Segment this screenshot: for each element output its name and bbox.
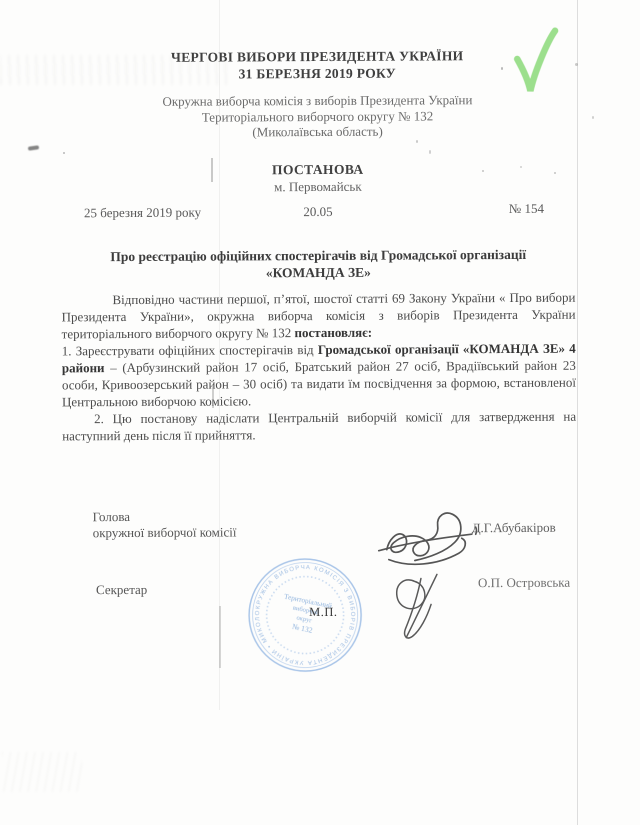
subject-heading: Про реєстрацію офіційних спостерігачів в… — [61, 246, 575, 283]
document-place: м. Первомайськ — [61, 178, 575, 197]
scan-edge-line — [577, 0, 578, 825]
subject-line2: «КОМАНДА ЗЕ» — [61, 263, 575, 283]
chairman-name: Д.Г.Абубакіров — [472, 520, 556, 536]
scan-speck — [520, 166, 522, 168]
scan-speck — [501, 67, 503, 70]
scan-speck — [416, 140, 418, 143]
commission-name: Окружна виборча комісія з виборів Презид… — [60, 92, 574, 141]
chairman-title-line1: Голова — [93, 508, 237, 524]
item1-pre-text: 1. Зареєструвати офіційних спостерігачів… — [62, 342, 318, 358]
commission-line3: (Миколаївська область) — [61, 123, 575, 141]
scan-speck — [482, 170, 484, 172]
resolves-word: постановляє: — [294, 325, 372, 340]
scan-crease-mark — [212, 386, 214, 408]
item1-post-text: – (Арбузинский район 17 осіб, Братський … — [62, 358, 576, 410]
scanned-document-page: ЧЕРГОВІ ВИБОРИ ПРЕЗИДЕНТА УКРАЇНИ 31 БЕР… — [0, 0, 640, 825]
official-round-stamp: ОКРУЖНА ВИБОРЧА КОМІСІЯ З ВИБОРІВ ПРЕЗИД… — [246, 556, 365, 675]
paragraph-legal-basis: Відповідно частини першої, п’ятої, шосто… — [61, 289, 575, 343]
scan-noise — [2, 752, 82, 792]
scan-speck — [429, 150, 431, 154]
scan-speck — [575, 63, 578, 66]
chairman-signature — [375, 505, 480, 576]
document-time: 20.05 — [61, 203, 575, 222]
document-number: № 154 — [509, 201, 544, 217]
resolution-body: Відповідно частини першої, п’ятої, шосто… — [61, 289, 576, 445]
document-type-title: ПОСТАНОВА — [61, 161, 575, 180]
scan-crease-mark — [219, 606, 221, 668]
scan-speck — [592, 116, 594, 119]
paragraph-item-2: 2. Цю постанову надіслати Центральній ви… — [62, 408, 576, 445]
secretary-signature — [387, 569, 452, 647]
scan-speck — [63, 152, 65, 154]
chairman-title-line2: окружної виборчої комісії — [93, 524, 237, 540]
secretary-title: Секретар — [96, 582, 147, 598]
secretary-name: О.П. Островська — [478, 575, 570, 591]
chairman-title: Голова окружної виборчої комісії — [93, 508, 237, 540]
seal-mark: М.П. — [309, 605, 337, 620]
scan-noise — [0, 55, 230, 85]
scan-crease-mark — [211, 158, 213, 182]
scan-speck — [554, 172, 556, 174]
approval-checkmark-icon — [503, 25, 573, 105]
subject-line1: Про реєстрацію офіційних спостерігачів в… — [61, 246, 575, 266]
date-row: 25 березня 2019 року 20.05 № 154 — [61, 203, 575, 224]
scan-fold-crease — [219, 0, 220, 710]
paragraph-item-1: 1. Зареєструвати офіційних спостерігачів… — [62, 340, 576, 411]
